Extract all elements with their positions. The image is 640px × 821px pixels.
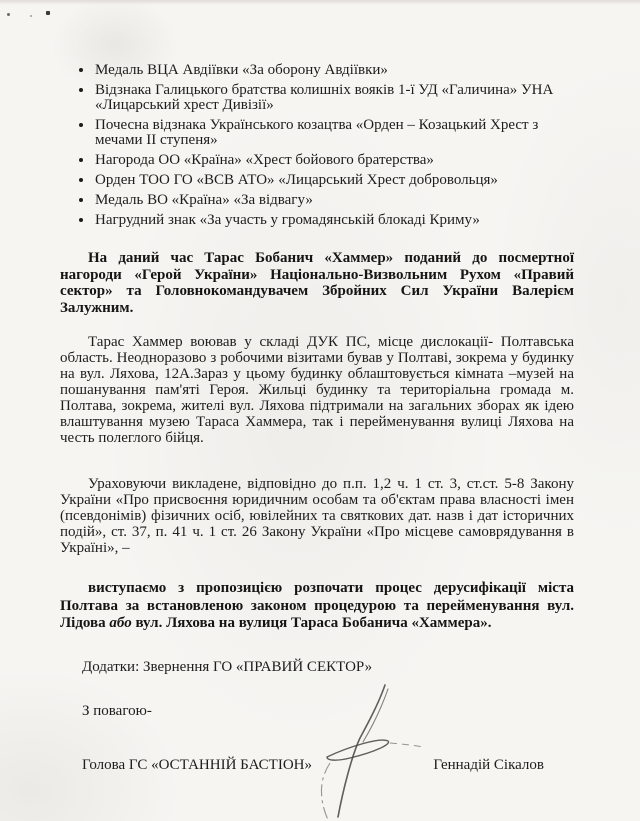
proposal-italic-word: або: [109, 615, 131, 631]
paragraph-nomination: На даний час Тарас Бобанич «Хаммер» пода…: [60, 250, 574, 316]
award-item: Нагрудний знак «За участь у громадянські…: [94, 213, 574, 228]
closing-regards: З повагою-: [60, 703, 574, 719]
award-item: Орден ТОО ГО «ВСВ АТО» «Лицарський Хрест…: [94, 173, 574, 188]
attachments-line: Додатки: Звернення ГО «ПРАВИЙ СЕКТОР»: [60, 659, 574, 675]
signer-name: Геннадій Сікалов: [433, 757, 544, 773]
paragraph-service-history: Тарас Хаммер воював у складі ДУК ПС, міс…: [60, 334, 574, 446]
signer-position: Голова ГС «ОСТАННІЙ БАСТІОН»: [82, 757, 312, 773]
scan-speck: [30, 15, 32, 17]
paragraph-legal-basis: Ураховуючи викладене, відповідно до п.п.…: [60, 476, 574, 556]
paragraph-proposal: виступаємо з пропозицією розпочати проце…: [60, 580, 574, 633]
scan-speck: [7, 13, 10, 16]
signature-row: Голова ГС «ОСТАННІЙ БАСТІОН» Геннадій Сі…: [60, 757, 574, 773]
proposal-text-part2: вул. Ляхова на вулиця Тараса Бобанича «Х…: [132, 615, 492, 631]
award-item: Відзнака Галицького братства колишніх во…: [94, 83, 574, 113]
award-item: Медаль ВО «Країна» «За відвагу»: [94, 193, 574, 208]
scan-speck: [46, 11, 50, 15]
document-page: Медаль ВЦА Авдіївки «За оборону Авдіївки…: [0, 0, 640, 821]
award-item: Почесна відзнака Українського козацтва «…: [94, 118, 574, 148]
awards-list: Медаль ВЦА Авдіївки «За оборону Авдіївки…: [60, 63, 574, 228]
award-item: Нагорода ОО «Країна» «Хрест бойового бра…: [94, 153, 574, 168]
document-content: Медаль ВЦА Авдіївки «За оборону Авдіївки…: [0, 0, 640, 773]
award-item: Медаль ВЦА Авдіївки «За оборону Авдіївки…: [94, 63, 574, 78]
